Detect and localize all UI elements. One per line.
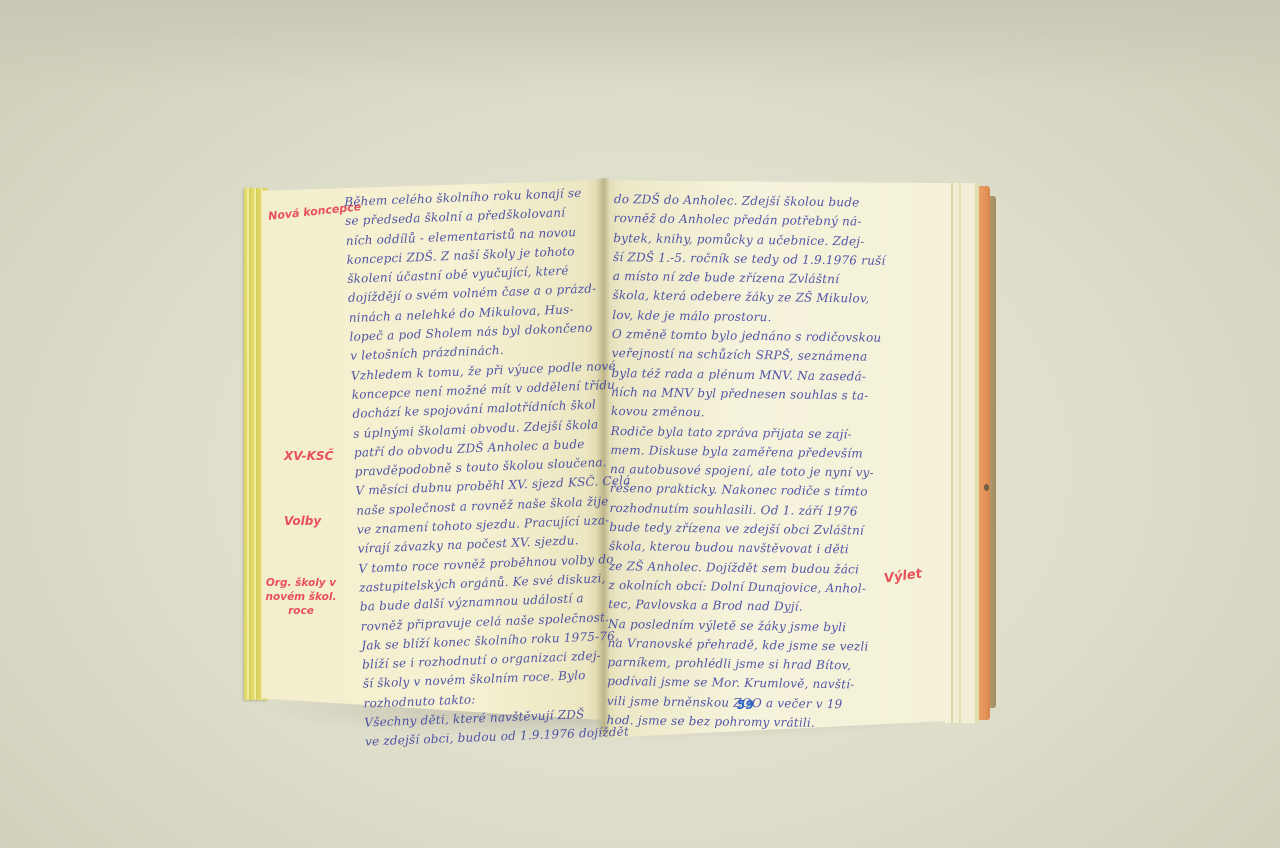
margin-note-organizace-skoly: Org. školy v novém škol. roce	[264, 576, 338, 618]
right-page-stack-edges	[945, 183, 979, 723]
margin-note-xv-ksc: XV-KSČ	[284, 449, 333, 463]
margin-note-volby: Volby	[284, 514, 321, 528]
cover-damage-spot	[984, 484, 989, 491]
page-number: 59	[737, 698, 754, 712]
text-line: hod. jsme se bez pohromy vrátili.	[606, 711, 879, 734]
open-notebook: Nová koncepce XV-KSČ Volby Org. školy v …	[0, 0, 1280, 848]
right-page-text: do ZDŠ do Anholec. Zdejší školou bude ro…	[606, 190, 886, 734]
left-page-text: Během celého školního roku konají se se …	[344, 182, 641, 752]
